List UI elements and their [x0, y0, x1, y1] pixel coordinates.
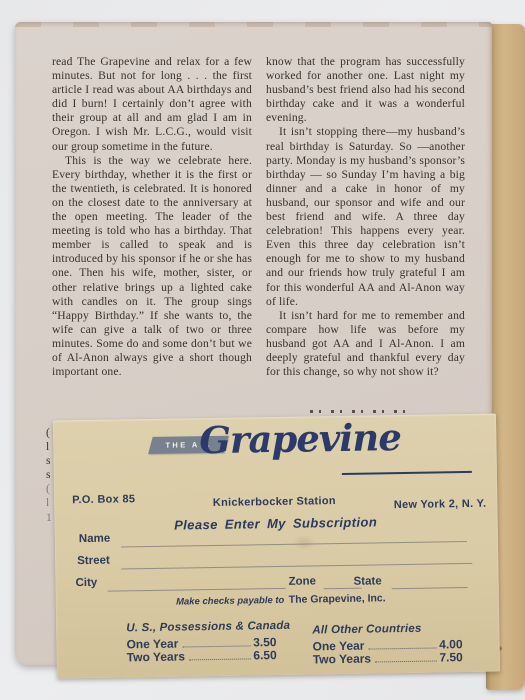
article-paragraph: This is the way we celebrate here. Every… [52, 154, 252, 380]
dotted-leader [189, 658, 250, 660]
checks-note-prefix: Make checks payable to [176, 595, 284, 608]
clipped-text-line [310, 410, 410, 413]
street-field-label: Street [77, 555, 110, 568]
dotted-leader [375, 661, 436, 663]
street-field-line [121, 562, 472, 570]
city-field-label: City [75, 577, 97, 589]
subscription-form-title: Please Enter My Subscription [145, 514, 407, 533]
price-row: Two Years 6.50 [127, 649, 277, 664]
article-paragraph: It isn’t stopping there—my husband’s rea… [266, 125, 465, 308]
name-field-label: Name [79, 533, 111, 545]
pricing-heading: All Other Countries [312, 622, 462, 636]
pricing-us-canada: U. S., Possessions & Canada One Year 3.5… [126, 620, 277, 664]
dotted-leader [182, 645, 250, 647]
price-row: Two Years 7.50 [313, 651, 463, 666]
city-state-text: New York 2, N. Y. [366, 498, 486, 512]
article-column-right: know that the program has successfully w… [266, 55, 465, 379]
price-term: Two Years [127, 650, 185, 664]
grapevine-logo-script: Grapevine [199, 415, 401, 462]
pricing-other-countries: All Other Countries One Year 4.00 Two Ye… [312, 622, 463, 666]
state-field-label: State [353, 575, 381, 587]
station-text: Knickerbocker Station [184, 495, 364, 510]
subscription-card: THE A A Grapevine P.O. Box 85 Knickerboc… [53, 414, 500, 679]
price-amount: 6.50 [253, 649, 277, 662]
article-paragraph: know that the program has successfully w… [266, 55, 465, 125]
price-amount: 7.50 [439, 651, 463, 664]
article-column-left: read The Grapevine and relax for a few m… [52, 55, 252, 379]
dotted-leader [368, 648, 436, 650]
logo-underline [342, 471, 472, 475]
article-paragraph: read The Grapevine and relax for a few m… [52, 55, 252, 154]
checks-note-payee: The Grapevine, Inc. [289, 592, 386, 606]
magazine-photo: read The Grapevine and relax for a few m… [0, 0, 525, 700]
zone-field-label: Zone [288, 575, 316, 587]
po-box-text: P.O. Box 85 [72, 493, 135, 506]
article-paragraph: It isn’t hard for me to remember and com… [266, 309, 465, 379]
pricing-heading: U. S., Possessions & Canada [126, 620, 276, 634]
price-term: Two Years [313, 653, 371, 667]
checks-payable-note: Make checks payable to The Grapevine, In… [116, 587, 446, 610]
